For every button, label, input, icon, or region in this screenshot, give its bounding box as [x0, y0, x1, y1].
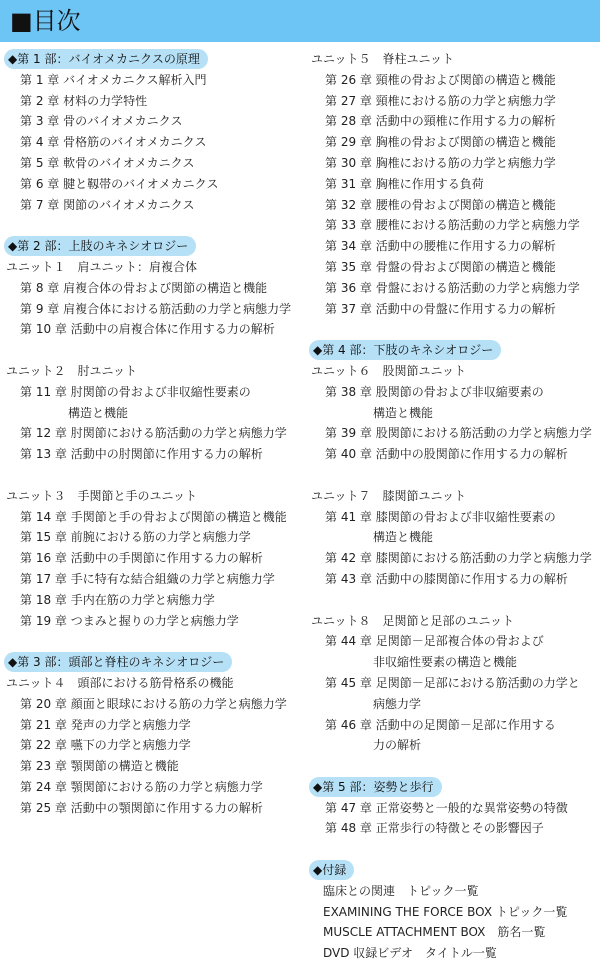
chapter-item[interactable]: 第 45 章 足関節－足部における筋活動の力学と	[309, 673, 600, 694]
part-heading-4[interactable]: ◆第 4 部：下肢のキネシオロジー	[309, 340, 501, 360]
chapter-item[interactable]: 第 28 章 活動中の頸椎に作用する力の解析	[309, 111, 600, 132]
chapter-item[interactable]: 第 23 章 顎関節の構造と機能	[4, 756, 304, 777]
chapter-item[interactable]: 第 12 章 肘関節における筋活動の力学と病態力学	[4, 423, 304, 444]
chapter-item-continuation[interactable]: 構造と機能	[4, 403, 304, 424]
unit-heading-2[interactable]: ユニット２ 肘ユニット	[4, 361, 304, 382]
chapter-item[interactable]: 第 36 章 骨盤における筋活動の力学と病態力学	[309, 278, 600, 299]
chapter-item[interactable]: 第 14 章 手関節と手の骨および関節の構造と機能	[4, 507, 304, 528]
chapter-item-continuation[interactable]: 力の解析	[309, 735, 600, 756]
chapter-item-continuation[interactable]: 構造と機能	[309, 403, 600, 424]
chapter-item[interactable]: 第 5 章 軟骨のバイオメカニクス	[4, 153, 304, 174]
chapter-item[interactable]: 第 31 章 胸椎に作用する負荷	[309, 174, 600, 195]
toc-right-column: ユニット５ 脊柱ユニット 第 26 章 頸椎の骨および関節の構造と機能 第 27…	[309, 49, 600, 964]
unit-heading-4[interactable]: ユニット４ 頭部における筋骨格系の機能	[4, 673, 304, 694]
chapter-item[interactable]: 第 7 章 関節のバイオメカニクス	[4, 195, 304, 216]
unit-heading-5[interactable]: ユニット５ 脊柱ユニット	[309, 49, 600, 70]
chapter-item[interactable]: 第 42 章 膝関節における筋活動の力学と病態力学	[309, 548, 600, 569]
chapter-item[interactable]: 第 25 章 活動中の顎関節に作用する力の解析	[4, 798, 304, 819]
chapter-item[interactable]: 第 48 章 正常歩行の特徴とその影響因子	[309, 818, 600, 839]
chapter-item[interactable]: 第 9 章 肩複合体における筋活動の力学と病態力学	[4, 299, 304, 320]
spacer	[309, 590, 600, 611]
chapter-item[interactable]: 第 17 章 手に特有な結合組織の力学と病態力学	[4, 569, 304, 590]
chapter-item[interactable]: 第 24 章 顎関節における筋の力学と病態力学	[4, 777, 304, 798]
unit-heading-7[interactable]: ユニット７ 膝関節ユニット	[309, 486, 600, 507]
appendix-item[interactable]: 臨床との関連 トピック一覧	[309, 881, 600, 902]
unit-heading-1[interactable]: ユニット１ 肩ユニット：肩複合体	[4, 257, 304, 278]
chapter-item[interactable]: 第 1 章 バイオメカニクス解析入門	[4, 70, 304, 91]
chapter-item[interactable]: 第 47 章 正常姿勢と一般的な異常姿勢の特徴	[309, 798, 600, 819]
chapter-item[interactable]: 第 44 章 足関節－足部複合体の骨および	[309, 631, 600, 652]
chapter-item[interactable]: 第 8 章 肩複合体の骨および関節の構造と機能	[4, 278, 304, 299]
chapter-item[interactable]: 第 2 章 材料の力学特性	[4, 91, 304, 112]
unit-heading-8[interactable]: ユニット８ 足関節と足部のユニット	[309, 611, 600, 632]
chapter-item[interactable]: 第 3 章 骨のバイオメカニクス	[4, 111, 304, 132]
unit-heading-6[interactable]: ユニット６ 股関節ユニット	[309, 361, 600, 382]
chapter-item[interactable]: 第 46 章 活動中の足関節－足部に作用する	[309, 715, 600, 736]
chapter-item[interactable]: 第 30 章 胸椎における筋の力学と病態力学	[309, 153, 600, 174]
toc-left-column: ◆第 1 部：バイオメカニクスの原理 第 1 章 バイオメカニクス解析入門 第 …	[4, 49, 304, 818]
page-title: ■目次	[10, 5, 81, 37]
spacer	[309, 319, 600, 340]
chapter-item[interactable]: 第 32 章 腰椎の骨および関節の構造と機能	[309, 195, 600, 216]
spacer	[4, 215, 304, 236]
chapter-item[interactable]: 第 37 章 活動中の骨盤に作用する力の解析	[309, 299, 600, 320]
chapter-item[interactable]: 第 34 章 活動中の腰椎に作用する力の解析	[309, 236, 600, 257]
header-bar: ■目次	[0, 0, 600, 42]
chapter-item[interactable]: 第 26 章 頸椎の骨および関節の構造と機能	[309, 70, 600, 91]
chapter-item[interactable]: 第 13 章 活動中の肘関節に作用する力の解析	[4, 444, 304, 465]
chapter-item-continuation[interactable]: 病態力学	[309, 694, 600, 715]
chapter-item[interactable]: 第 11 章 肘関節の骨および非収縮性要素の	[4, 382, 304, 403]
chapter-item[interactable]: 第 6 章 腱と靱帯のバイオメカニクス	[4, 174, 304, 195]
chapter-item[interactable]: 第 10 章 活動中の肩複合体に作用する力の解析	[4, 319, 304, 340]
chapter-item[interactable]: 第 29 章 胸椎の骨および関節の構造と機能	[309, 132, 600, 153]
chapter-item[interactable]: 第 35 章 骨盤の骨および関節の構造と機能	[309, 257, 600, 278]
chapter-item[interactable]: 第 27 章 頸椎における筋の力学と病態力学	[309, 91, 600, 112]
appendix-item[interactable]: MUSCLE ATTACHMENT BOX 筋名一覧	[309, 922, 600, 943]
part-heading-5[interactable]: ◆第 5 部：姿勢と歩行	[309, 777, 442, 797]
spacer	[4, 340, 304, 361]
chapter-item[interactable]: 第 41 章 膝関節の骨および非収縮性要素の	[309, 507, 600, 528]
chapter-item[interactable]: 第 22 章 嚥下の力学と病態力学	[4, 735, 304, 756]
chapter-item[interactable]: 第 15 章 前腕における筋の力学と病態力学	[4, 527, 304, 548]
chapter-item[interactable]: 第 16 章 活動中の手関節に作用する力の解析	[4, 548, 304, 569]
chapter-item[interactable]: 第 43 章 活動中の膝関節に作用する力の解析	[309, 569, 600, 590]
chapter-item[interactable]: 第 40 章 活動中の股関節に作用する力の解析	[309, 444, 600, 465]
unit-heading-3[interactable]: ユニット３ 手関節と手のユニット	[4, 486, 304, 507]
chapter-item[interactable]: 第 33 章 腰椎における筋活動の力学と病態力学	[309, 215, 600, 236]
chapter-item[interactable]: 第 18 章 手内在筋の力学と病態力学	[4, 590, 304, 611]
chapter-item-continuation[interactable]: 非収縮性要素の構造と機能	[309, 652, 600, 673]
appendix-item[interactable]: EXAMINING THE FORCE BOX トピック一覧	[309, 902, 600, 923]
chapter-item-continuation[interactable]: 構造と機能	[309, 527, 600, 548]
chapter-item[interactable]: 第 4 章 骨格筋のバイオメカニクス	[4, 132, 304, 153]
chapter-item[interactable]: 第 38 章 股関節の骨および非収縮要素の	[309, 382, 600, 403]
appendix-heading[interactable]: ◆付録	[309, 860, 354, 880]
chapter-item[interactable]: 第 20 章 顔面と眼球における筋の力学と病態力学	[4, 694, 304, 715]
chapter-item[interactable]: 第 21 章 発声の力学と病態力学	[4, 715, 304, 736]
spacer	[309, 756, 600, 777]
appendix-item[interactable]: DVD 収録ビデオ タイトル一覧	[309, 943, 600, 964]
part-heading-2[interactable]: ◆第 2 部：上肢のキネシオロジー	[4, 236, 196, 256]
spacer	[4, 465, 304, 486]
chapter-item[interactable]: 第 19 章 つまみと握りの力学と病態力学	[4, 611, 304, 632]
part-heading-3[interactable]: ◆第 3 部：頭部と脊柱のキネシオロジー	[4, 652, 232, 672]
chapter-item[interactable]: 第 39 章 股関節における筋活動の力学と病態力学	[309, 423, 600, 444]
part-heading-1[interactable]: ◆第 1 部：バイオメカニクスの原理	[4, 49, 208, 69]
spacer	[309, 465, 600, 486]
spacer	[4, 631, 304, 652]
spacer	[309, 839, 600, 860]
